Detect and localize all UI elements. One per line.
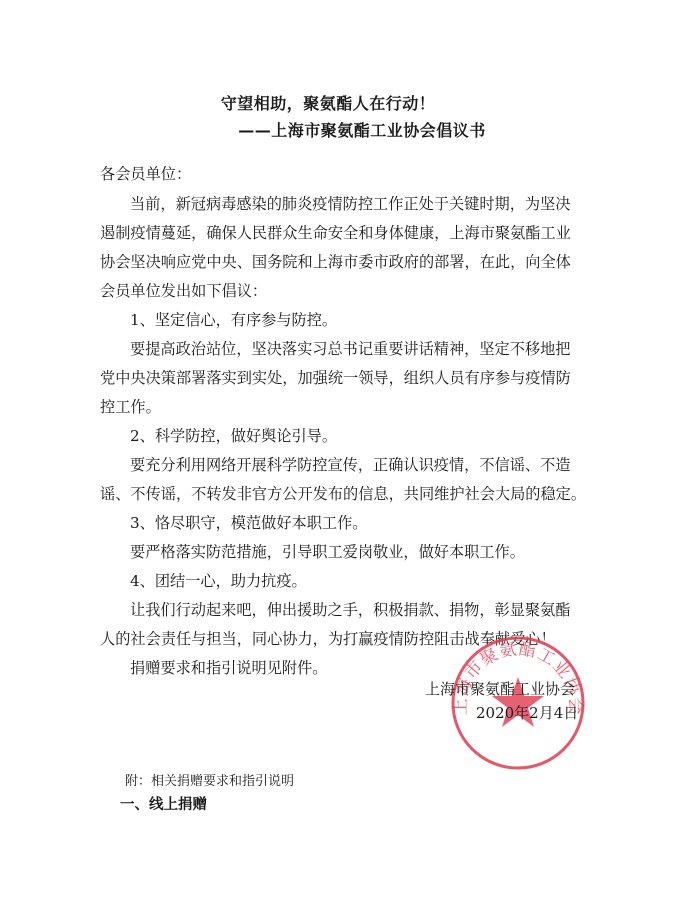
body-line: 要严格落实防范措施，引导职工爱岗敬业，做好本职工作。	[100, 538, 590, 567]
letter-body: 当前，新冠病毒感染的肺炎疫情防控工作正处于关键时期，为坚决遏制疫情蔓延，确保人民…	[100, 190, 590, 683]
body-line: 当前，新冠病毒感染的肺炎疫情防控工作正处于关键时期，为坚决	[100, 190, 590, 219]
body-line: 控工作。	[100, 393, 590, 422]
body-line: 4、团结一心，助力抗疫。	[100, 567, 590, 596]
body-line: 党中央决策部署落实到实处，加强统一领导，组织人员有序参与疫情防	[100, 364, 590, 393]
body-line: 要提高政治站位，坚决落实习总书记重要讲话精神，坚定不移地把	[100, 335, 590, 364]
body-line: 3、恪尽职守，模范做好本职工作。	[100, 509, 590, 538]
document-subtitle: ——上海市聚氨酯工业协会倡议书	[22, 118, 680, 141]
body-line: 要充分利用网络开展科学防控宣传，正确认识疫情，不信谣、不造	[100, 451, 590, 480]
salutation: 各会员单位：	[100, 163, 191, 184]
body-line: 2、科学防控，做好舆论引导。	[100, 422, 590, 451]
body-line: 让我们行动起来吧，伸出援助之手，积极捐款、捐物，彰显聚氨酯	[100, 596, 590, 625]
document-title: 守望相助，聚氨酯人在行动！	[0, 91, 668, 114]
body-line: 会员单位发出如下倡议：	[100, 277, 590, 306]
signature-date: 2020年2月4日	[476, 702, 578, 723]
body-line: 遏制疫情蔓延，确保人民群众生命安全和身体健康，上海市聚氨酯工业	[100, 219, 590, 248]
body-line: 谣、不传谣，不转发非官方公开发布的信息，共同维护社会大局的稳定。	[100, 480, 590, 509]
attachment-note: 附：相关捐赠要求和指引说明	[125, 770, 294, 789]
signature-organization: 上海市聚氨酯工业协会	[425, 678, 575, 699]
body-line: 1、坚定信心，有序参与防控。	[100, 306, 590, 335]
body-line: 协会坚决响应党中央、国务院和上海市委市政府的部署，在此，向全体	[100, 248, 590, 277]
section-heading: 一、线上捐赠	[120, 793, 207, 814]
